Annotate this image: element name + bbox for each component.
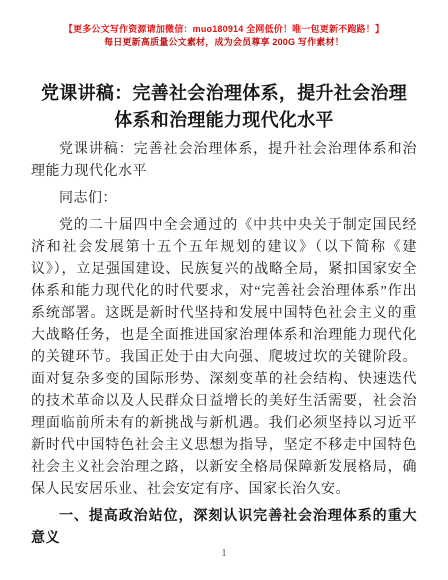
ad-banner-line2: 每日更新高质量公文素材，成为会员尊享 200G 写作素材！ bbox=[0, 36, 448, 49]
paragraph-title-repeat: 党课讲稿：完善社会治理体系，提升社会治理体系和治理能力现代化水平 bbox=[31, 139, 417, 183]
page-number: 1 bbox=[0, 548, 448, 559]
document-title: 党课讲稿：完善社会治理体系，提升社会治理体系和治理能力现代化水平 bbox=[34, 80, 414, 134]
section-heading: 一、提高政治站位，深刻认识完善社会治理体系的重大意义 bbox=[31, 506, 417, 550]
paragraph-salutation: 同志们： bbox=[31, 188, 417, 210]
document-page: 【更多公文写作资源请加微信：muo180914 全网低价！唯一包更新不跑路！】 … bbox=[0, 0, 448, 580]
ad-banner: 【更多公文写作资源请加微信：muo180914 全网低价！唯一包更新不跑路！】 … bbox=[0, 0, 448, 49]
paragraph-body: 党的二十届四中全会通过的《中共中央关于制定国民经济和社会发展第十五个五年规划的建… bbox=[31, 215, 417, 501]
ad-banner-line1: 【更多公文写作资源请加微信：muo180914 全网低价！唯一包更新不跑路！】 bbox=[0, 23, 448, 36]
document-body: 党课讲稿：完善社会治理体系，提升社会治理体系和治理能力现代化水平 同志们： 党的… bbox=[31, 139, 417, 550]
